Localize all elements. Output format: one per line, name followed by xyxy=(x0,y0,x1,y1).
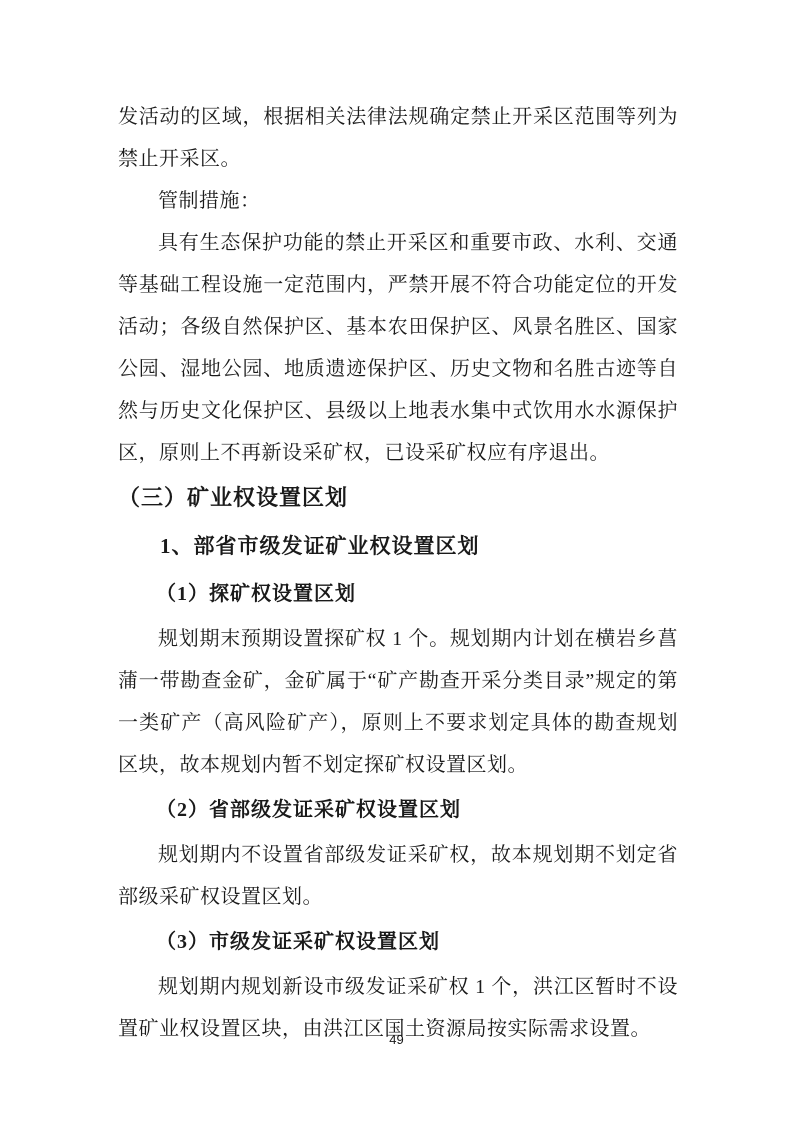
heading-item-2-province-licensed-mining-rights: （2）省部级发证采矿权设置区划 xyxy=(118,786,678,834)
paragraph-province-licensed-body: 规划期内不设置省部级发证采矿权，故本规划期不划定省部级采矿权设置区划。 xyxy=(118,834,678,918)
document-page: 发活动的区域，根据相关法律法规确定禁止开采区范围等列为禁止开采区。 管制措施： … xyxy=(0,0,793,1122)
page-number: 49 xyxy=(0,1032,793,1047)
heading-item-3-city-licensed-mining-rights: （3）市级发证采矿权设置区划 xyxy=(118,918,678,966)
heading-sub-1-ministry-province-city-licensed: 1、部省市级发证矿业权设置区划 xyxy=(118,522,678,570)
heading-section-3-mining-rights-zoning: （三）矿业权设置区划 xyxy=(118,474,678,522)
heading-item-1-exploration-rights: （1）探矿权设置区划 xyxy=(118,570,678,618)
paragraph-control-measures-label: 管制措施： xyxy=(118,180,678,222)
paragraph-control-measures-body: 具有生态保护功能的禁止开采区和重要市政、水利、交通等基础工程设施一定范围内，严禁… xyxy=(118,222,678,474)
paragraph-continued: 发活动的区域，根据相关法律法规确定禁止开采区范围等列为禁止开采区。 xyxy=(118,96,678,180)
document-body: 发活动的区域，根据相关法律法规确定禁止开采区范围等列为禁止开采区。 管制措施： … xyxy=(118,96,678,1050)
paragraph-exploration-rights-body: 规划期末预期设置探矿权 1 个。规划期内计划在横岩乡菖蒲一带勘查金矿，金矿属于“… xyxy=(118,618,678,786)
